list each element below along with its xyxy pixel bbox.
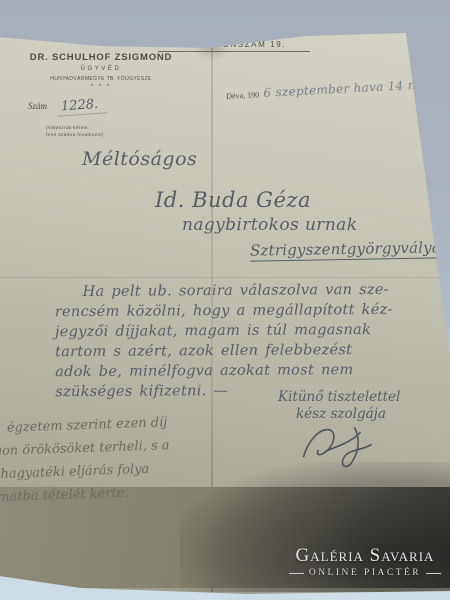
recipient-place: Sztrigyszentgyörgyválya (250, 238, 441, 261)
letterhead-ornament: * * * (18, 84, 184, 90)
horizontal-fold-crease (0, 277, 450, 279)
body-line: tartom s azért, azok ellen felebbezést (55, 340, 397, 362)
closing-line1: Kitünő tisztelettel (278, 389, 400, 405)
letter-paper: TELEPHONSZÁM 19. DR. SCHULHOF ZSIGMOND Ü… (0, 0, 450, 600)
recipient-name: Id. Buda Géza (155, 188, 311, 212)
recipient-title: nagybirtokos urnak (182, 215, 357, 235)
recipient-salutation: Méltóságos (82, 148, 197, 170)
watermark-subtitle: ONLINE PIACTÉR (309, 568, 421, 578)
watermark-dash-right (426, 573, 441, 574)
reply-note-line1: (Válasznál kérem (46, 125, 166, 132)
letterhead-name: DR. SCHULHOF ZSIGMOND (18, 52, 184, 63)
body-line: jegyzői díjjakat, magam is túl magasnak (55, 320, 397, 342)
document-number-label: Szám (28, 101, 47, 111)
reply-note-line2: fenti számra hivatkozni) (46, 132, 166, 139)
document-number-row: Szám1228. (28, 98, 106, 115)
signature-flourish (291, 417, 386, 475)
body-line: rencsém közölni, hogy a megállapított ké… (55, 300, 397, 322)
reply-note: (Válasznál kérem fenti számra hivatkozni… (46, 125, 166, 139)
watermark: Galéria Savaria ONLINE PIACTÉR (282, 545, 448, 578)
letterhead-title: ÜGYVÉD (18, 66, 184, 72)
document-number-value: 1228. (56, 96, 106, 116)
watermark-dash-left (289, 573, 304, 574)
letter-body: Ha pelt ub. soraira válaszolva van sze- … (55, 280, 398, 402)
letterhead-block: DR. SCHULHOF ZSIGMOND ÜGYVÉD HUNYADVÁRME… (18, 52, 184, 90)
letterhead-subtitle: HUNYADVÁRMEGYE TB. FŐÜGYÉSZE (18, 76, 184, 82)
document-photo: TELEPHONSZÁM 19. DR. SCHULHOF ZSIGMOND Ü… (0, 0, 450, 600)
pencil-annotation: égzetem szerint ezen díj gon örökösöket … (0, 409, 236, 509)
dateline-printed: Déva, 190 (226, 90, 259, 101)
body-line: Ha pelt ub. soraira válaszolva van sze- (55, 280, 397, 302)
watermark-title: Galéria Savaria (282, 545, 448, 567)
watermark-subtitle-row: ONLINE PIACTÉR (282, 568, 448, 578)
body-line: adok be, minélfogva azokat most nem (55, 360, 397, 382)
